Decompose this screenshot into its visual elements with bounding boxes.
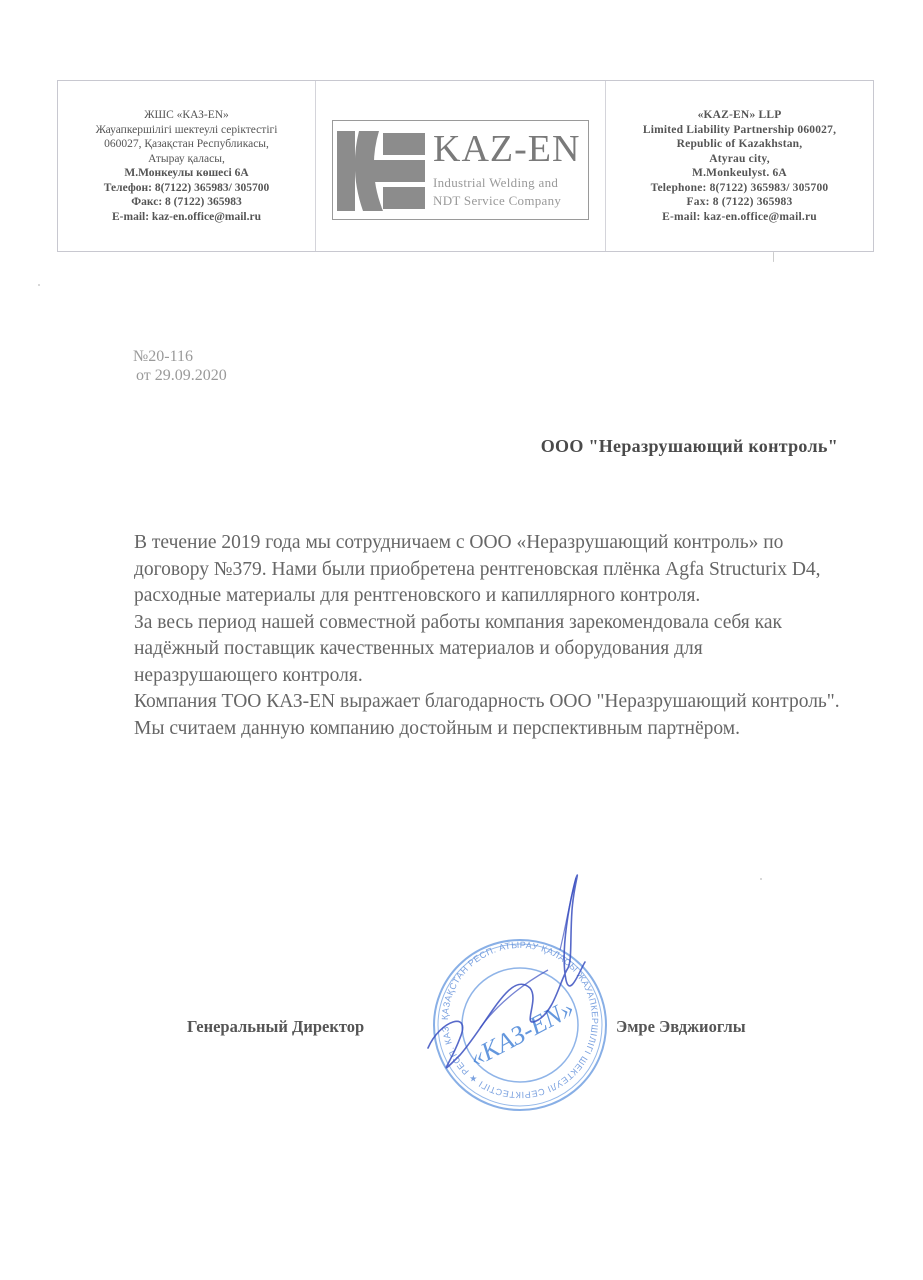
letterhead-kazakh-block: ЖШС «КАЗ-EN» Жауапкершілігі шектеулі сер… <box>58 81 316 251</box>
scan-speck <box>38 284 40 286</box>
company-stamp-icon: ҚАЗАҚСТАН РЕСП. АТЫРАУ ҚАЛАСЫ ЖАУАПКЕРШІ… <box>420 870 620 1115</box>
letter-reference: №20-116 от 29.09.2020 <box>133 347 227 385</box>
logo-tagline-line-1: Industrial Welding and <box>433 174 561 192</box>
letterhead-email: E-mail: kaz-en.office@mail.ru <box>112 210 261 225</box>
scan-speck <box>760 878 762 880</box>
body-paragraph: Компания ТОО КАЗ-EN выражает благодарнос… <box>134 689 844 742</box>
scan-speck <box>740 540 742 542</box>
kaz-en-logo-icon <box>337 131 425 211</box>
letterhead-logo-block: KAZ-EN Industrial Welding and NDT Servic… <box>316 81 606 251</box>
scan-speck <box>773 252 774 262</box>
letterhead-line: Атырау қаласы, <box>148 152 225 167</box>
signatory-title: Генеральный Директор <box>187 1017 364 1037</box>
logo-tagline: Industrial Welding and NDT Service Compa… <box>433 174 561 210</box>
letter-body: В течение 2019 года мы сотрудничаем с ОО… <box>134 530 844 742</box>
body-paragraph: В течение 2019 года мы сотрудничаем с ОО… <box>134 530 844 610</box>
logo-tagline-line-2: NDT Service Company <box>433 192 561 210</box>
reference-date: от 29.09.2020 <box>133 366 227 385</box>
logo-company-name: KAZ-EN <box>433 129 580 169</box>
letterhead-line: Факс: 8 (7122) 365983 <box>131 195 241 210</box>
body-paragraph: За весь период нашей совместной работы к… <box>134 610 844 690</box>
letterhead-line: Жауапкершілігі шектеулі серіктестігі <box>96 123 278 138</box>
company-logo: KAZ-EN Industrial Welding and NDT Servic… <box>332 120 589 220</box>
letterhead-line: 060027, Қазақстан Республикасы, <box>104 137 269 152</box>
signatory-name: Эмре Эвджиоглы <box>616 1017 746 1037</box>
letterhead-line: «KAZ-EN» LLP <box>698 108 782 123</box>
letterhead-line: Fax: 8 (7122) 365983 <box>687 195 793 210</box>
addressee: ООО "Неразрушающий контроль" <box>541 436 838 457</box>
letterhead-line: М.Монкеулы көшесі 6А <box>124 166 248 181</box>
letterhead: ЖШС «КАЗ-EN» Жауапкершілігі шектеулі сер… <box>57 80 874 252</box>
svg-text:«KAЗ-EN»: «KAЗ-EN» <box>465 994 579 1073</box>
letterhead-line: M.Monkeulyst. 6A <box>692 166 787 181</box>
letterhead-email: E-mail: kaz-en.office@mail.ru <box>662 210 817 225</box>
letterhead-line: Телефон: 8(7122) 365983/ 305700 <box>104 181 269 196</box>
letterhead-line: Telephone: 8(7122) 365983/ 305700 <box>651 181 829 196</box>
letterhead-line: Atyrau city, <box>709 152 770 167</box>
letterhead-line: ЖШС «КАЗ-EN» <box>144 108 229 123</box>
letterhead-line: Limited Liability Partnership 060027, <box>643 123 836 138</box>
letterhead-line: Republic of Kazakhstan, <box>677 137 803 152</box>
letterhead-english-block: «KAZ-EN» LLP Limited Liability Partnersh… <box>606 81 873 251</box>
reference-number: №20-116 <box>133 347 227 366</box>
